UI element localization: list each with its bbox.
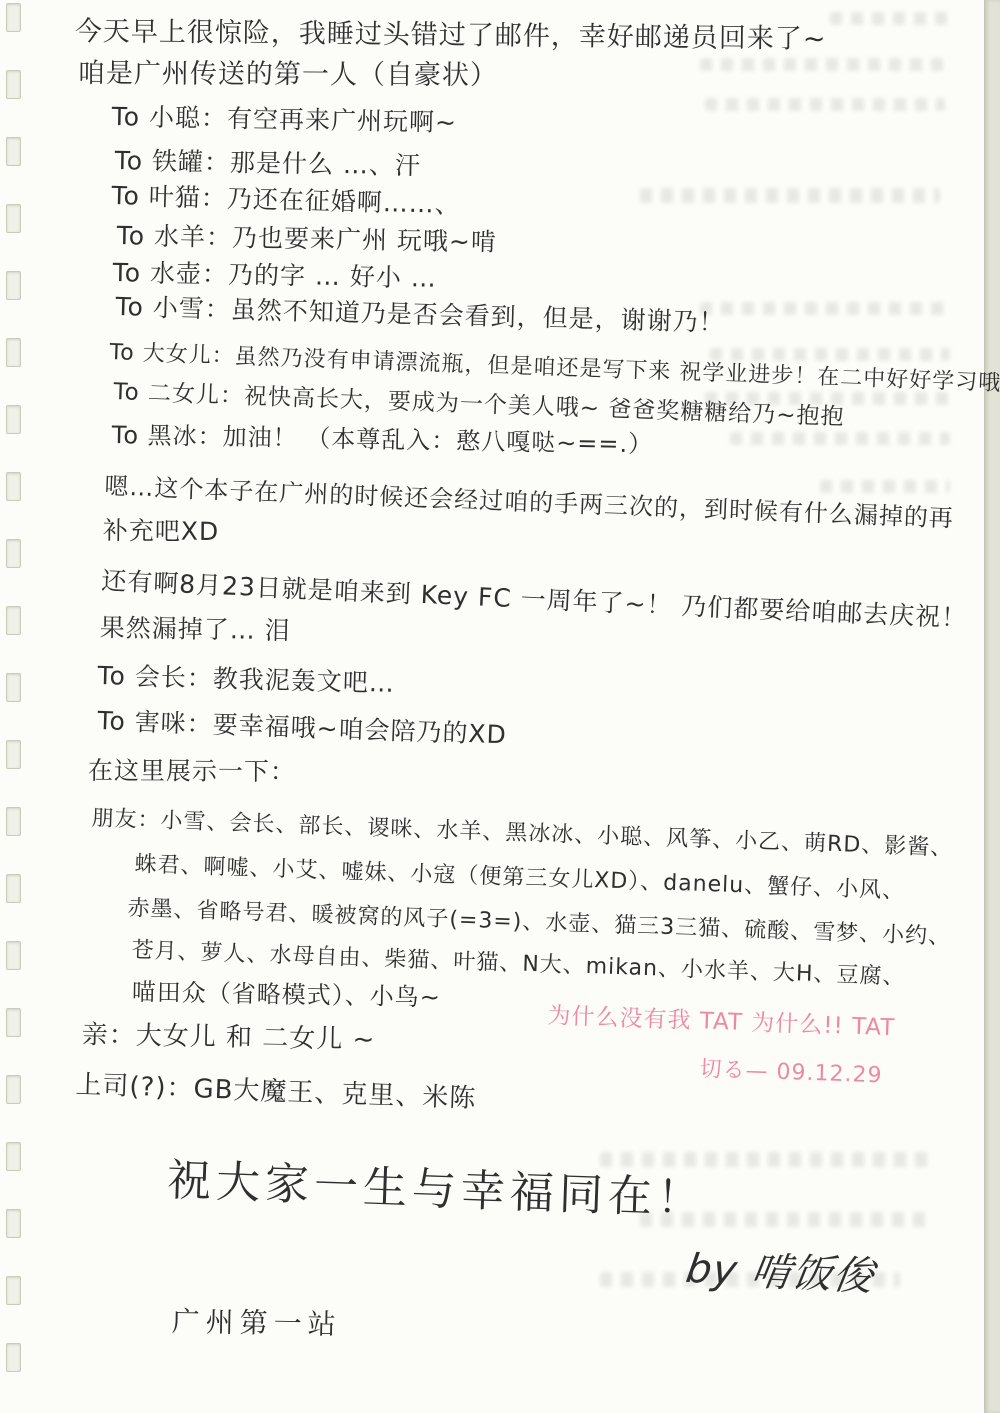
binder-hole: [6, 740, 21, 769]
note-to-huizhang: To 会长：教我泥轰文吧…: [97, 661, 395, 699]
binder-hole: [6, 1142, 21, 1171]
binder-holes: [6, 0, 26, 1413]
bleedthrough-mark: [640, 188, 940, 203]
pink-note-why: 为什么没有我 TAT 为什么!! TAT: [547, 1003, 896, 1043]
binder-hole: [6, 807, 21, 836]
family-line: 亲：大女儿 和 二女儿 ~: [81, 1020, 375, 1056]
opening-line-1: 今天早上很惊险，我睡过头错过了邮件，幸好邮递员回来了~: [75, 16, 827, 56]
bleedthrough-mark: [710, 348, 950, 361]
binder-hole: [6, 673, 21, 702]
dedication-shuihu: To 水壶：乃的字 … 好小 …: [112, 258, 437, 294]
binder-hole: [6, 405, 21, 434]
bleedthrough-mark: [700, 58, 950, 71]
bleedthrough-mark: [705, 98, 945, 111]
binder-hole: [6, 874, 21, 903]
dedication-shuiyang: To 水羊：乃也要来广州 玩哦~啃: [116, 221, 497, 258]
bleedthrough-mark: [730, 432, 950, 445]
opening-line-2: 咱是广州传送的第一人（自豪状）: [78, 58, 498, 93]
bleedthrough-mark: [830, 12, 950, 25]
closing-signature: by 啃饭俊: [683, 1245, 878, 1301]
friends-line-2: 蛛君、啊嘘、小艾、嘘妹、小寇（便第三女儿XD）、danelu、蟹仔、小风、: [134, 852, 905, 905]
closing-station: 广州第一站: [171, 1305, 342, 1342]
note-notebook-2: 补充吧XD: [103, 516, 220, 547]
binder-hole: [6, 941, 21, 970]
bleedthrough-mark: [820, 480, 950, 493]
binder-hole: [6, 1075, 21, 1104]
binder-hole: [6, 1008, 21, 1037]
binder-hole: [6, 539, 21, 568]
binder-hole: [6, 3, 21, 32]
binder-hole: [6, 70, 21, 99]
binder-hole: [6, 472, 21, 501]
binder-hole: [6, 1343, 21, 1372]
bosses-line: 上司(?)：GB大魔王、克里、米陈: [75, 1070, 477, 1115]
dedication-yemao: To 叶猫：乃还在征婚啊……、: [111, 181, 461, 220]
bleedthrough-mark: [700, 302, 950, 315]
dedication-xiaoxue: To 小雪：虽然不知道乃是否会看到，但是，谢谢乃！: [115, 292, 725, 338]
binder-hole: [6, 204, 21, 233]
page-edge: [984, 0, 1000, 1413]
dedication-tieguan: To 铁罐：那是什么 …、汗: [114, 146, 421, 181]
binder-hole: [6, 338, 21, 367]
friends-line-1: 朋友：小雪、会长、部长、谡咪、水羊、黑冰冰、小聪、风筝、小乙、萌RD、影酱、: [91, 806, 954, 862]
note-to-haimi: To 害咪：要幸福哦~咱会陪乃的XD: [97, 706, 507, 750]
bleedthrough-mark: [600, 1152, 930, 1167]
friends-line-5: 喵田众（省略模式）、小鸟~: [131, 978, 441, 1012]
binder-hole: [6, 271, 21, 300]
binder-hole: [6, 137, 21, 166]
binder-hole: [6, 1209, 21, 1238]
notebook-page: 今天早上很惊险，我睡过头错过了邮件，幸好邮递员回来了~ 咱是广州传送的第一人（自…: [0, 0, 1000, 1413]
binder-hole: [6, 1276, 21, 1305]
roster-heading: 在这里展示一下：: [88, 756, 296, 787]
binder-hole: [6, 606, 21, 635]
dedication-heibing: To 黑冰：加油！ （本尊乱入：憨八嘎哒~==.）: [111, 421, 653, 459]
note-missed: 果然漏掉了… 泪: [99, 613, 290, 646]
pink-note-signature-date: 切る— 09.12.29: [699, 1057, 883, 1090]
dedication-xiaocong: To 小聪：有空再来广州玩啊~: [111, 102, 457, 138]
